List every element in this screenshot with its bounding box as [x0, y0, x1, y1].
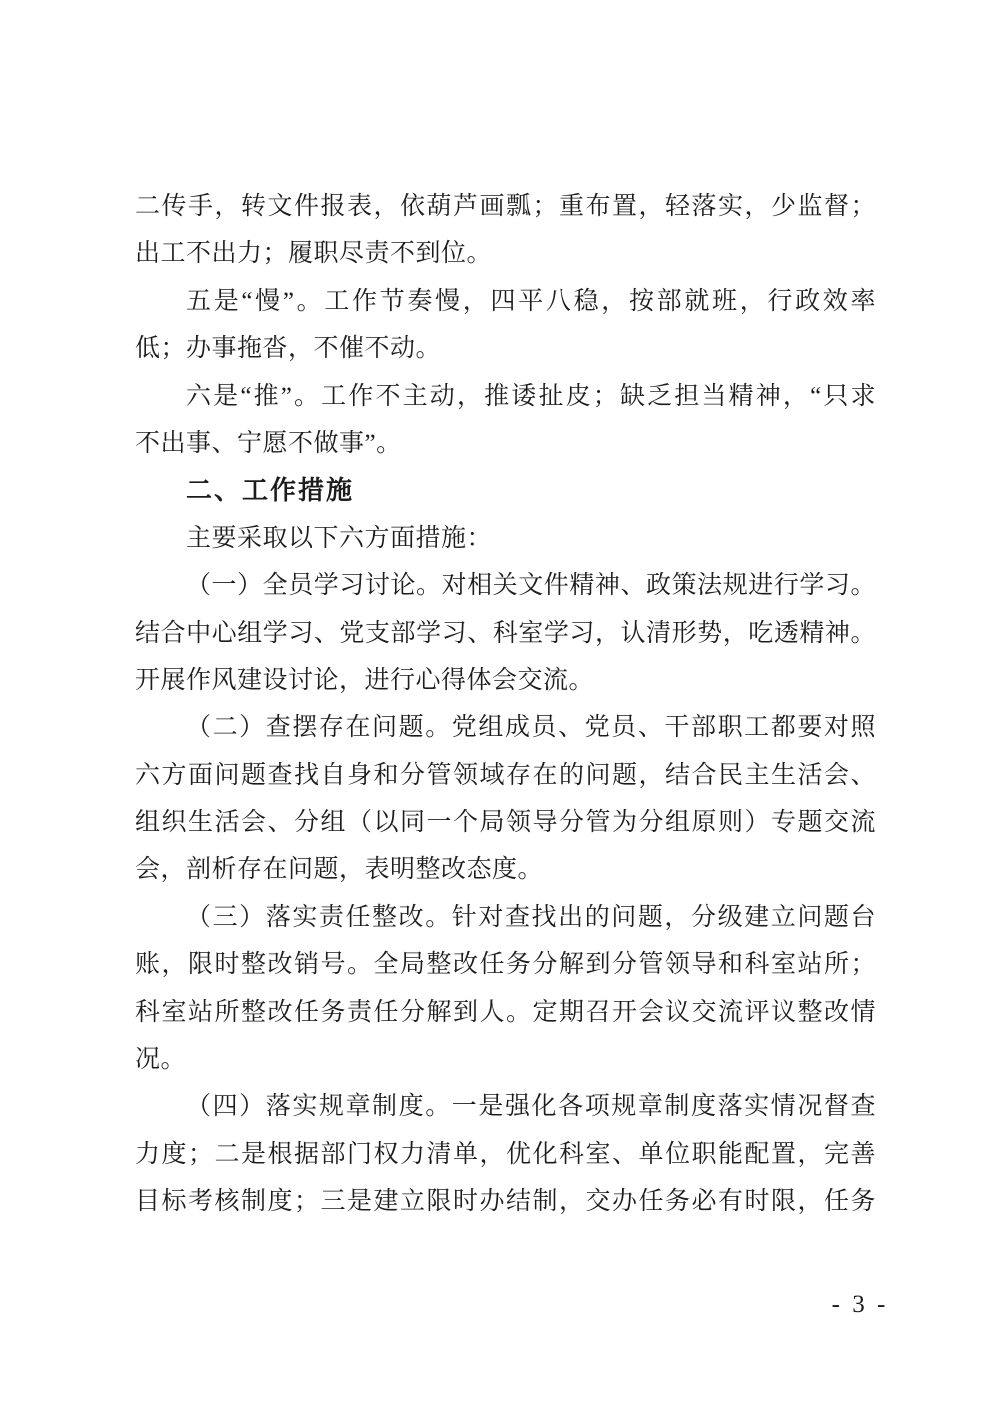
document-line: 会，剖析存在问题，表明整改态度。 — [135, 846, 876, 893]
document-line: 账，限时整改销号。全局整改任务分解到分管领导和科室站所； — [135, 941, 876, 988]
document-line: 组织生活会、分组（以同一个局领导分管为分组原则）专题交流 — [135, 799, 876, 846]
document-line: （四）落实规章制度。一是强化各项规章制度落实情况督查 — [135, 1083, 876, 1130]
document-line: 科室站所整改任务责任分解到人。定期召开会议交流评议整改情 — [135, 989, 876, 1036]
document-line: 五是“慢”。工作节奏慢，四平八稳，按部就班，行政效率 — [135, 278, 876, 325]
document-line: 况。 — [135, 1036, 876, 1083]
document-line: 六方面问题查找自身和分管领域存在的问题，结合民主生活会、 — [135, 752, 876, 799]
document-line: （三）落实责任整改。针对查找出的问题，分级建立问题台 — [135, 894, 876, 941]
document-line: 六是“推”。工作不主动，推诿扯皮；缺乏担当精神，“只求 — [135, 373, 876, 420]
document-line: 出工不出力；履职尽责不到位。 — [135, 230, 876, 277]
document-line: 目标考核制度；三是建立限时办结制，交办任务必有时限，任务 — [135, 1178, 876, 1225]
document-line: 二传手，转文件报表，依葫芦画瓢；重布置，轻落实，少监督； — [135, 183, 876, 230]
document-line: 开展作风建设讨论，进行心得体会交流。 — [135, 657, 876, 704]
document-body: 二传手，转文件报表，依葫芦画瓢；重布置，轻落实，少监督； 出工不出力；履职尽责不… — [135, 183, 876, 1226]
document-line: 结合中心组学习、党支部学习、科室学习，认清形势，吃透精神。 — [135, 610, 876, 657]
page-number: - 3 - — [800, 1288, 920, 1322]
document-line: （二）查摆存在问题。党组成员、党员、干部职工都要对照 — [135, 704, 876, 751]
document-line: 低；办事拖沓，不催不动。 — [135, 325, 876, 372]
document-page: 二传手，转文件报表，依葫芦画瓢；重布置，轻落实，少监督； 出工不出力；履职尽责不… — [0, 0, 1000, 1414]
document-line: （一）全员学习讨论。对相关文件精神、政策法规进行学习。 — [135, 562, 876, 609]
document-line: 力度；二是根据部门权力清单，优化科室、单位职能配置，完善 — [135, 1131, 876, 1178]
document-line: 不出事、宁愿不做事”。 — [135, 420, 876, 467]
section-heading-work-measures: 二、工作措施 — [135, 467, 876, 514]
document-line: 主要采取以下六方面措施： — [135, 515, 876, 562]
